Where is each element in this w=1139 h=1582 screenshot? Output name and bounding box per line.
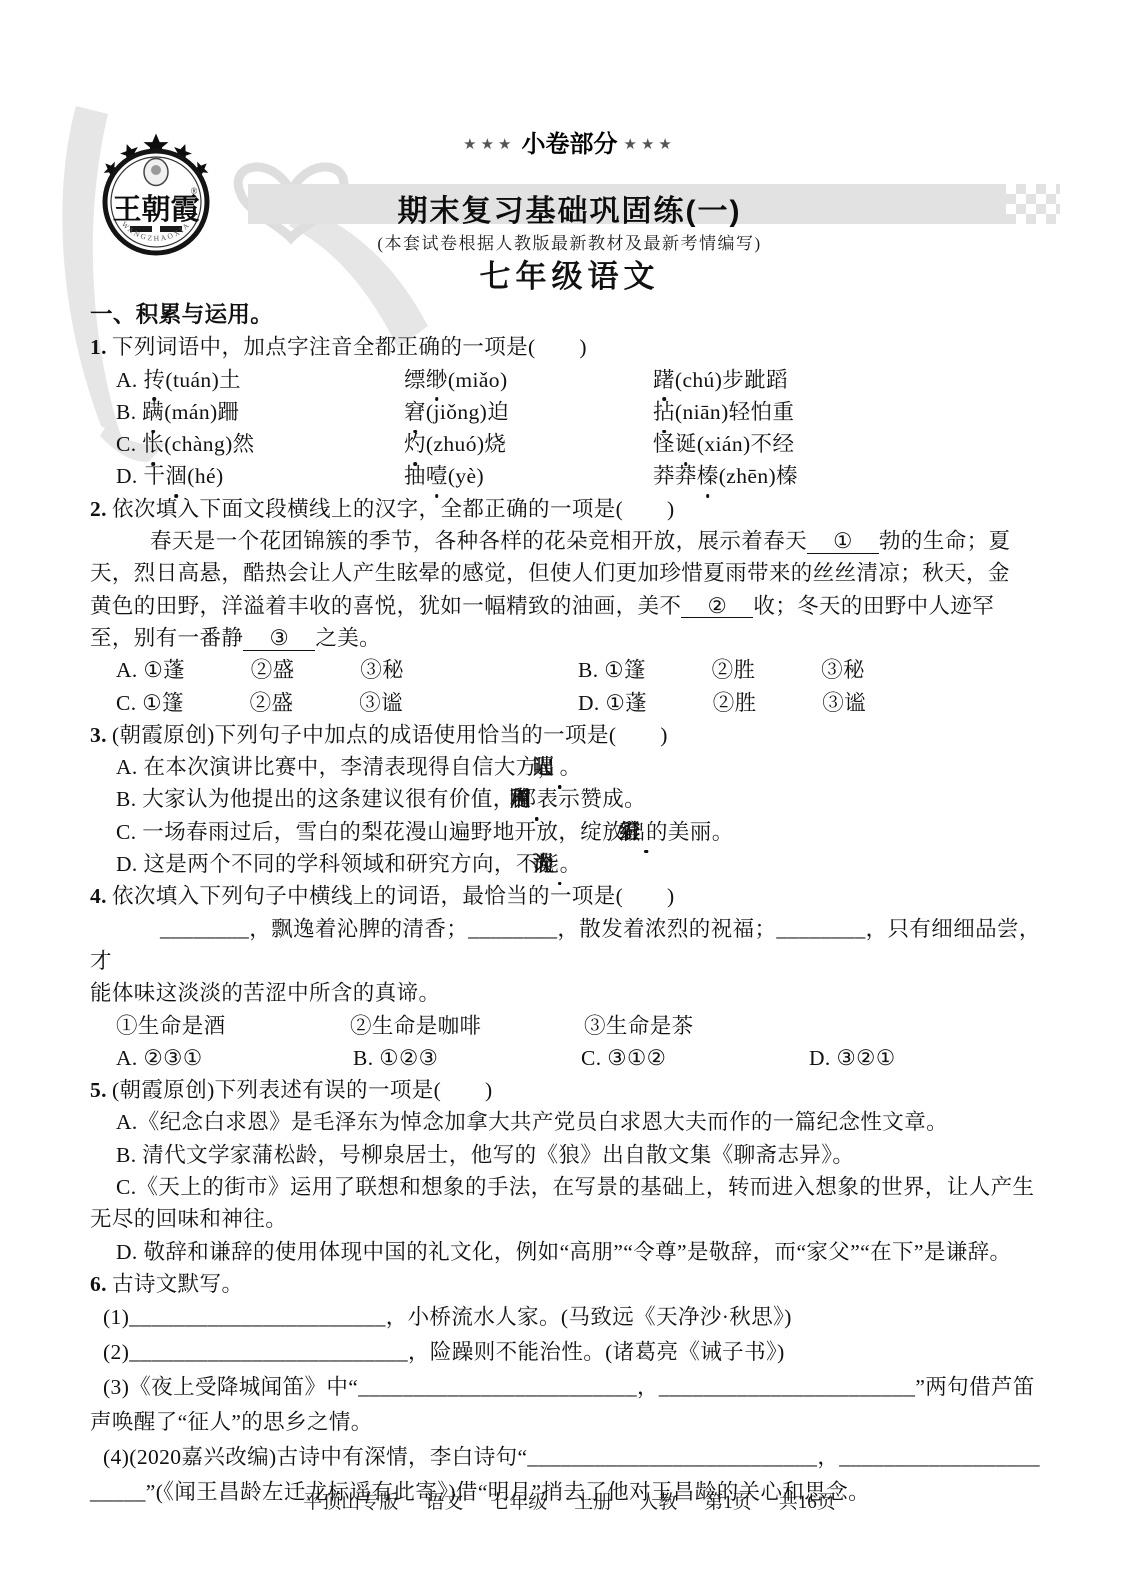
q6-item-3-cont: 声唤醒了“征人”的思乡之情。: [90, 1405, 1053, 1440]
q4-option-a: A. ②③①: [116, 1042, 353, 1074]
q1-option-d2: 抽噎(yè): [404, 460, 653, 492]
q4-item-1: ①生命是酒: [116, 1010, 350, 1042]
q4-passage-line: ________，飘逸着沁脾的清香；________，散发着浓烈的祝福；____…: [90, 913, 1053, 978]
q1-option-c2: 灼(zhuó)烧: [404, 428, 653, 460]
q2-passage-line: 至，别有一番静③之美。: [90, 622, 1053, 654]
q3-option-d: D. 这是两个不同的学科领域和研究方向，不能混为一谈。: [90, 848, 1053, 880]
footer-press: 人教: [639, 1487, 677, 1514]
q1-option-a3: 躇(chú)步跐蹈: [653, 364, 1053, 396]
q4-number: 4.: [90, 884, 107, 908]
paper-title: 期末复习基础巩固练(一): [130, 186, 1009, 230]
q1-options: A. 抟(tuán)土 缥缈(miǎo) 躇(chú)步跐蹈 B. 蹒(mán)…: [116, 364, 1053, 493]
q4-items: ①生命是酒 ②生命是咖啡 ③生命是茶: [116, 1010, 1053, 1042]
q3-option-a: A. 在本次演讲比赛中，李清表现得自信大方，咄咄逼人。: [90, 751, 1053, 783]
q4-option-c: C. ③①②: [581, 1042, 809, 1074]
q1-option-d3: 莽莽榛(zhēn)榛: [653, 460, 1053, 492]
q1-option-c1: C. 怅(chàng)然: [116, 428, 404, 460]
q4-options: A. ②③① B. ①②③ C. ③①② D. ③②①: [116, 1042, 1053, 1074]
footer-page-number: 第1页: [704, 1487, 752, 1514]
q2-option-a: A. ①蓬 ②盛 ③秘: [116, 654, 578, 686]
q2-passage-line: 春天是一个花团锦簇的季节，各种各样的花朵竞相开放，展示着春天①勃的生命；夏: [90, 525, 1053, 557]
q4-item-2: ②生命是咖啡: [350, 1010, 584, 1042]
q6-item-3: (3)《夜上受降城闻笛》中“_________________________，…: [90, 1370, 1053, 1405]
q4-passage-line: 能体味这淡淡的苦涩中所含的真谛。: [90, 977, 1053, 1009]
q5-option-d: D. 敬辞和谦辞的使用体现中国的礼文化，例如“高朋”“令尊”是敬辞，而“家父”“…: [90, 1236, 1053, 1268]
footer-subject: 语文: [425, 1487, 463, 1514]
q2-passage-line: 天，烈日高悬，酷热会让人产生眩晕的感觉，但使人们更加珍惜夏雨带来的丝丝清凉；秋天…: [90, 557, 1053, 589]
q3-option-b: B. 大家认为他提出的这条建议很有价值，都随声附和表示赞成。: [90, 783, 1053, 815]
footer-edition: 平顶山专版: [303, 1487, 398, 1514]
q3-stem: 3.(朝霞原创)下列句子中加点的成语使用恰当的一项是( ): [90, 719, 1053, 751]
stars-left-icon: ★★★: [463, 137, 515, 153]
q2-option-d: D. ①蓬 ②胜 ③谧: [578, 687, 1053, 719]
q6-item-2: (2)_________________________，险躁则不能治性。(诸葛…: [90, 1335, 1053, 1370]
q3-number: 3.: [90, 723, 107, 747]
q2-option-c: C. ①篷 ②盛 ③谧: [116, 687, 578, 719]
paper-body: 一、积累与运用。 1.下列词语中，加点字注音全都正确的一项是( ) A. 抟(t…: [90, 299, 1053, 1510]
q2-passage-line: 黄色的田野，洋溢着丰收的喜悦，犹如一幅精致的油画，美不②收；冬天的田野中人迹罕: [90, 590, 1053, 622]
q1-option-c3: 怪诞(xián)不经: [653, 428, 1053, 460]
banner-checker-decoration: [1006, 184, 1060, 224]
q4-option-b: B. ①②③: [353, 1042, 581, 1074]
exam-paper-page: ★★★小卷部分★★★ 期末复习基础巩固练(一) (本套试卷根据人教版最新教材及最…: [0, 0, 1139, 1582]
page-footer: 平顶山专版 语文 七年级 上册 人教 第1页 共16页: [0, 1487, 1139, 1514]
q1-option-d1: D. 干涸(hé): [116, 460, 404, 492]
q2-number: 2.: [90, 497, 107, 521]
q6-number: 6.: [90, 1272, 107, 1296]
q1-option-b3: 拈(niān)轻怕重: [653, 396, 1053, 428]
q5-option-a: A.《纪念白求恩》是毛泽东为悼念加拿大共产党员白求恩大夫而作的一篇纪念性文章。: [90, 1106, 1053, 1138]
q6-stem: 6.古诗文默写。: [90, 1268, 1053, 1300]
q5-option-c: C.《天上的街市》运用了联想和想象的手法，在写景的基础上，转而进入想象的世界，让…: [90, 1171, 1053, 1203]
q1-option-b2: 窘(jiǒng)迫: [404, 396, 653, 428]
stars-right-icon: ★★★: [624, 137, 676, 153]
logo-reg-mark: ®: [191, 186, 198, 196]
q5-option-b: B. 清代文学家蒲松龄，号柳泉居士，他写的《狼》出自散文集《聊斋志异》。: [90, 1139, 1053, 1171]
q5-number: 5.: [90, 1078, 107, 1102]
q2-options: A. ①蓬 ②盛 ③秘 B. ①篷 ②胜 ③秘 C. ①篷 ②盛 ③谧 D. ①…: [116, 654, 1053, 719]
q5-stem: 5.(朝霞原创)下列表述有误的一项是( ): [90, 1074, 1053, 1106]
q2-stem: 2.依次填入下面文段横线上的汉字，全都正确的一项是( ): [90, 493, 1053, 525]
q2-option-b: B. ①篷 ②胜 ③秘: [578, 654, 1053, 686]
q3-option-c: C. 一场春雨过后，雪白的梨花漫山遍野地开放，绽放出五彩缤纷的美丽。: [90, 816, 1053, 848]
q1-option-a1: A. 抟(tuán)土: [116, 364, 404, 396]
q5-option-c-cont: 无尽的回味和神往。: [90, 1203, 1053, 1235]
footer-volume: 上册: [574, 1487, 612, 1514]
q1-option-a2: 缥缈(miǎo): [404, 364, 653, 396]
q1-option-b1: B. 蹒(mán)跚: [116, 396, 404, 428]
part-label: 小卷部分: [522, 132, 618, 158]
q4-item-3: ③生命是茶: [584, 1010, 1053, 1042]
q4-option-d: D. ③②①: [809, 1042, 1053, 1074]
q6-item-1: (1)_______________________，小桥流水人家。(马致远《天…: [90, 1300, 1053, 1335]
footer-grade: 七年级: [490, 1487, 547, 1514]
section-title: 一、积累与运用。: [90, 299, 1053, 331]
q6-item-4: (4)(2020嘉兴改编)古诗中有深情，李白诗句“_______________…: [90, 1440, 1053, 1475]
q4-stem: 4.依次填入下列句子中横线上的词语，最恰当的一项是( ): [90, 880, 1053, 912]
publisher-logo: 王朝霞 ® WANGZHAOXIA: [86, 120, 226, 268]
q1-stem: 1.下列词语中，加点字注音全都正确的一项是( ): [90, 331, 1053, 363]
q1-number: 1.: [90, 335, 107, 359]
footer-page-total: 共16页: [779, 1487, 836, 1514]
